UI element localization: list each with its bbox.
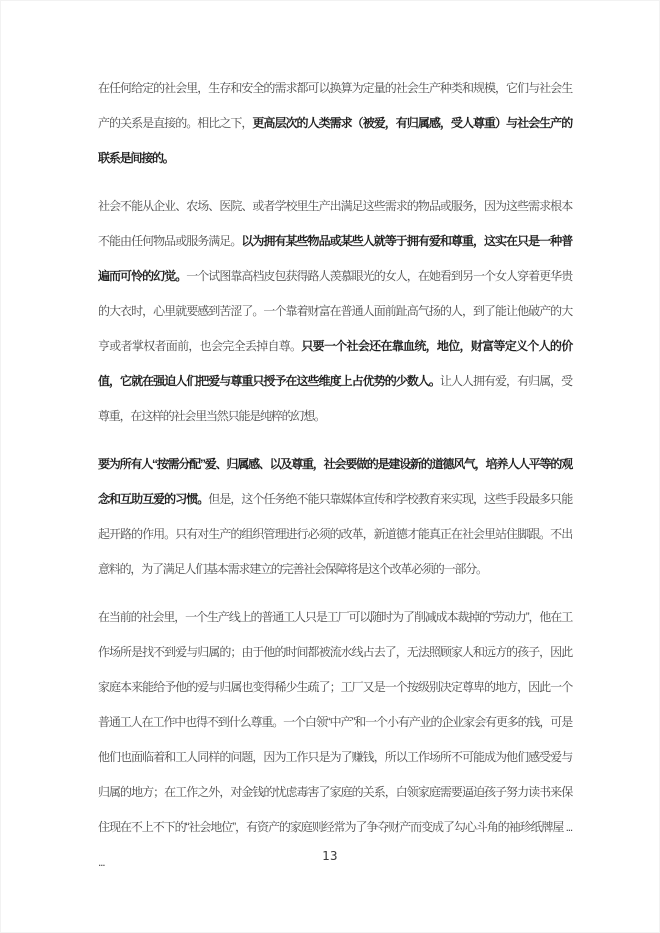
document-body: 在任何给定的社会里，生存和安全的需求都可以换算为定量的社会生产种类和规模，它们与… — [98, 71, 572, 880]
page-number: 13 — [1, 848, 659, 863]
document-page: 在任何给定的社会里，生存和安全的需求都可以换算为定量的社会生产种类和规模，它们与… — [0, 0, 660, 933]
paragraph: 要为所有人“按需分配”爱、归属感、以及尊重，社会要做的是建设新的道德风气，培养人… — [98, 447, 572, 587]
paragraph: 在当前的社会里，一个生产线上的普通工人只是工厂可以随时为了削减成本裁掉的“劳动力… — [98, 600, 572, 880]
paragraph: 社会不能从企业、农场、医院、或者学校里生产出满足这些需求的物品或服务，因为这些需… — [98, 189, 572, 434]
text-segment: 在当前的社会里，一个生产线上的普通工人只是工厂可以随时为了削减成本裁掉的“劳动力… — [98, 610, 572, 869]
paragraph: 在任何给定的社会里，生存和安全的需求都可以换算为定量的社会生产种类和规模，它们与… — [98, 71, 572, 176]
